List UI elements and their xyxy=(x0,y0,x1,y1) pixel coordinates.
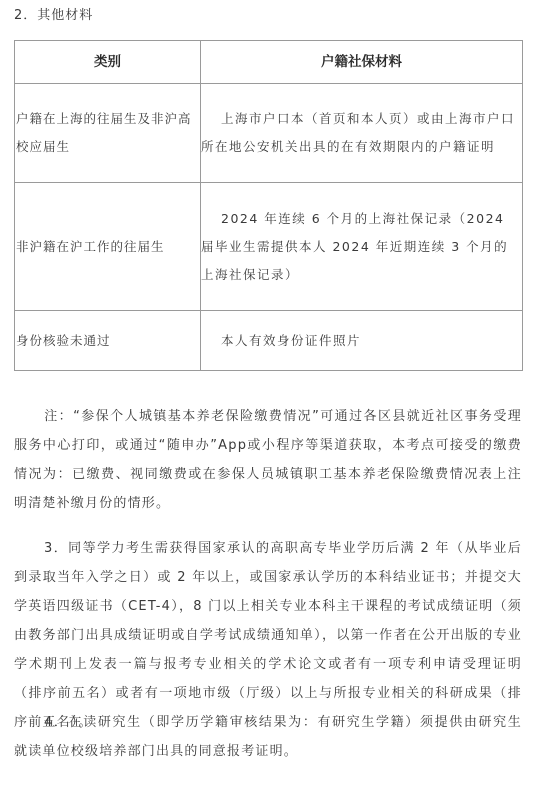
row-material: 2024 年连续 6 个月的上海社保记录（2024 届毕业生需提供本人 2024… xyxy=(201,183,523,311)
item-3-text: 3．同等学力考生需获得国家承认的高职高专毕业学历后满 2 年（从毕业后到录取当年… xyxy=(14,541,522,730)
table-row: 非沪籍在沪工作的往届生 2024 年连续 6 个月的上海社保记录（2024 届毕… xyxy=(15,183,523,311)
materials-table: 类别 户籍社保材料 户籍在上海的往届生及非沪高校应届生 上海市户口本（首页和本人… xyxy=(14,40,523,371)
row-category: 非沪籍在沪工作的往届生 xyxy=(15,183,201,311)
note-text: 注：“参保个人城镇基本养老保险缴费情况”可通过各区县就近社区事务受理服务中心打印… xyxy=(14,409,522,511)
row-material: 本人有效身份证件照片 xyxy=(201,311,523,371)
table-row: 户籍在上海的往届生及非沪高校应届生 上海市户口本（首页和本人页）或由上海市户口所… xyxy=(15,84,523,183)
header-category: 类别 xyxy=(15,41,201,84)
row-category: 户籍在上海的往届生及非沪高校应届生 xyxy=(15,84,201,183)
row-material-text: 上海市户口本（首页和本人页）或由上海市户口所在地公安机关出具的在有效期限内的户籍… xyxy=(201,111,515,154)
item-3-paragraph: 3．同等学力考生需获得国家承认的高职高专毕业学历后满 2 年（从毕业后到录取当年… xyxy=(14,534,522,737)
item-4-paragraph: 4．在读研究生（即学历学籍审核结果为：有研究生学籍）须提供由研究生就读单位校级培… xyxy=(14,708,522,766)
item-4-text: 4．在读研究生（即学历学籍审核结果为：有研究生学籍）须提供由研究生就读单位校级培… xyxy=(14,715,522,759)
table-header-row: 类别 户籍社保材料 xyxy=(15,41,523,84)
header-material: 户籍社保材料 xyxy=(201,41,523,84)
row-category: 身份核验未通过 xyxy=(15,311,201,371)
section-title: 2．其他材料 xyxy=(14,4,93,23)
table-row: 身份核验未通过 本人有效身份证件照片 xyxy=(15,311,523,371)
row-material: 上海市户口本（首页和本人页）或由上海市户口所在地公安机关出具的在有效期限内的户籍… xyxy=(201,84,523,183)
row-material-text: 本人有效身份证件照片 xyxy=(221,333,361,348)
row-material-text: 2024 年连续 6 个月的上海社保记录（2024 届毕业生需提供本人 2024… xyxy=(201,211,508,282)
note-paragraph: 注：“参保个人城镇基本养老保险缴费情况”可通过各区县就近社区事务受理服务中心打印… xyxy=(14,402,522,518)
